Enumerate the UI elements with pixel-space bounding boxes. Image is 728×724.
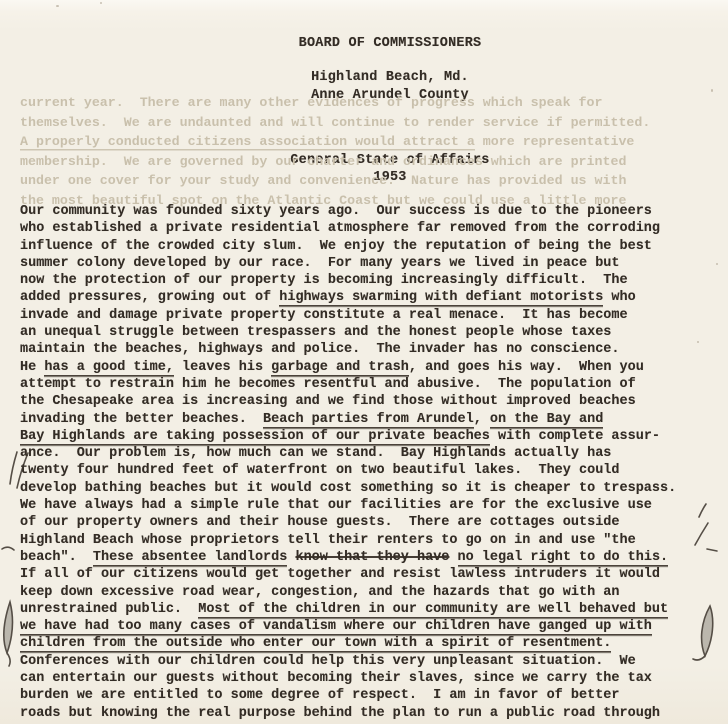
dash-left-margin-icon [2,547,14,550]
paper-speck [697,341,699,343]
doc-title: BOARD OF COMMISSIONERS [52,36,728,51]
text-line: maintain the beaches, highways and polic… [20,341,725,358]
text-line: Conferences with our children could help… [20,653,725,670]
text-line: beach". These absentee landlords know th… [20,549,725,566]
text-line: twenty four hundred feet of waterfront o… [20,462,725,479]
document-page: BOARD OF COMMISSIONERS Highland Beach, M… [0,0,728,724]
text-line: under one cover for your study and conve… [20,171,728,191]
text-line: If all of our citizens would get togethe… [20,566,725,583]
text-line: now the protection of our property is be… [20,272,725,289]
text-line: keep down excessive road wear, congestio… [20,584,725,601]
text-line: unrestrained public. Most of the childre… [20,601,725,618]
paper-speck [56,5,59,7]
text-line: an unequal struggle between trespassers … [20,324,725,341]
text-line: current year. There are many other evide… [20,93,728,113]
paper-speck [711,89,713,92]
text-line: burden we are entitled to some degree of… [20,687,725,704]
text-line: invading the better beaches. Beach parti… [20,411,725,428]
ghost-bleed-through-text: current year. There are many other evide… [20,93,728,211]
body-text: Our community was founded sixty years ag… [20,203,725,722]
text-line: can entertain our guests without becomin… [20,670,725,687]
text-line: develop bathing beaches but it would cos… [20,480,725,497]
doc-location: Highland Beach, Md. [52,70,728,85]
text-line: children from the outside who enter our … [20,635,725,652]
paper-speck [716,263,718,265]
text-line: of our property owners and their house g… [20,514,725,531]
double-slash-left-margin-icon [10,452,17,484]
text-line: We have always had a simple rule that ou… [20,497,725,514]
text-line: added pressures, growing out of highways… [20,289,725,306]
text-line: Our community was founded sixty years ag… [20,203,725,220]
text-line: the Chesapeake area is increasing and we… [20,393,725,410]
text-line: influence of the crowded city slum. We e… [20,238,725,255]
text-line: we have had too many cases of vandalism … [20,618,725,635]
text-line: attempt to restrain him he becomes resen… [20,376,725,393]
text-line: summer colony developed by our race. For… [20,255,725,272]
text-line: who established a private residential at… [20,220,725,237]
text-line: Highland Beach whose proprietors tell th… [20,532,725,549]
text-line: ance. Our problem is, how much can we st… [20,445,725,462]
text-line: roads but knowing the real purpose behin… [20,705,725,722]
paper-speck [100,2,102,4]
text-line: Bay Highlands are taking possession of o… [20,428,725,445]
text-line: He has a good time, leaves his garbage a… [20,359,725,376]
text-line: invade and damage private property const… [20,307,725,324]
text-line: themselves. We are undaunted and will co… [20,113,728,133]
loop-left-margin-icon [4,602,13,653]
text-line: A properly conducted citizens associatio… [20,132,728,152]
text-line: membership. We are governed by our chart… [20,152,728,172]
